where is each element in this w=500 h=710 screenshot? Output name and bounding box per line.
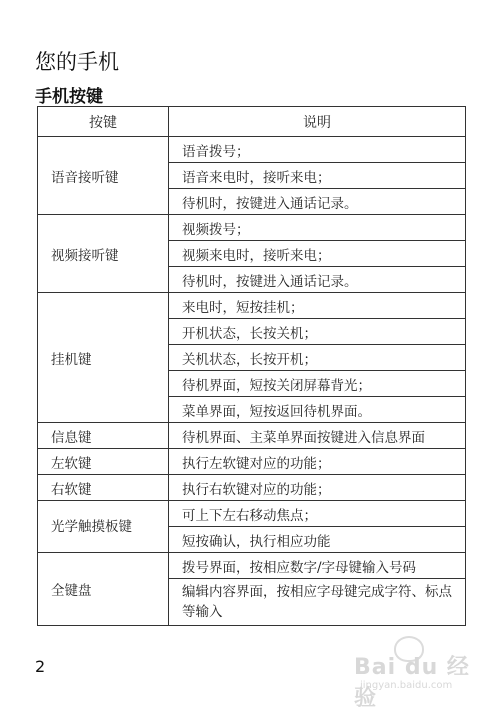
page-number: 2: [35, 657, 45, 676]
description-cell: 执行右软键对应的功能；: [169, 475, 466, 501]
description-cell: 视频拨号；: [169, 215, 466, 241]
description-cell: 语音拨号；: [169, 137, 466, 163]
header-description: 说明: [169, 107, 466, 137]
key-cell: 光学触摸板键: [38, 501, 169, 553]
description-cell: 短按确认，执行相应功能: [169, 527, 466, 553]
key-cell: 视频接听键: [38, 215, 169, 293]
description-cell: 关机状态，长按开机；: [169, 345, 466, 371]
table-header-row: 按键 说明: [38, 107, 466, 137]
description-cell: 执行左软键对应的功能；: [169, 449, 466, 475]
description-cell: 可上下左右移动焦点；: [169, 501, 466, 527]
description-cell: 拨号界面，按相应数字/字母键输入号码: [169, 553, 466, 579]
table-row: 挂机键 来电时，短按挂机；: [38, 293, 466, 319]
table-row: 右软键 执行右软键对应的功能；: [38, 475, 466, 501]
table-row: 左软键 执行左软键对应的功能；: [38, 449, 466, 475]
description-cell: 待机时，按键进入通话记录。: [169, 267, 466, 293]
description-cell: 待机界面、主菜单界面按键进入信息界面: [169, 423, 466, 449]
description-cell: 待机时，按键进入通话记录。: [169, 189, 466, 215]
key-cell: 右软键: [38, 475, 169, 501]
key-cell: 信息键: [38, 423, 169, 449]
description-cell: 编辑内容界面，按相应字母键完成字符、标点等输入: [169, 579, 466, 626]
description-cell: 菜单界面，短按返回待机界面。: [169, 397, 466, 423]
table-row: 视频接听键 视频拨号；: [38, 215, 466, 241]
keys-table: 按键 说明 语音接听键 语音拨号； 语音来电时，接听来电； 待机时，按键进入通话…: [37, 106, 466, 626]
table-row: 全键盘 拨号界面，按相应数字/字母键输入号码: [38, 553, 466, 579]
page-title: 您的手机: [35, 46, 119, 76]
table-row: 语音接听键 语音拨号；: [38, 137, 466, 163]
description-cell: 来电时，短按挂机；: [169, 293, 466, 319]
key-cell: 左软键: [38, 449, 169, 475]
section-title: 手机按键: [35, 82, 103, 107]
key-cell: 语音接听键: [38, 137, 169, 215]
description-cell: 开机状态，长按关机；: [169, 319, 466, 345]
table-row: 信息键 待机界面、主菜单界面按键进入信息界面: [38, 423, 466, 449]
table-row: 光学触摸板键 可上下左右移动焦点；: [38, 501, 466, 527]
key-cell: 全键盘: [38, 553, 169, 626]
description-cell: 语音来电时，接听来电；: [169, 163, 466, 189]
header-key: 按键: [38, 107, 169, 137]
description-cell: 视频来电时，接听来电；: [169, 241, 466, 267]
watermark-url: jingyan.baidu.com: [360, 680, 452, 691]
key-cell: 挂机键: [38, 293, 169, 423]
baidu-watermark: Bai du 经验 jingyan.baidu.com: [354, 636, 472, 696]
description-cell: 待机界面，短按关闭屏幕背光；: [169, 371, 466, 397]
